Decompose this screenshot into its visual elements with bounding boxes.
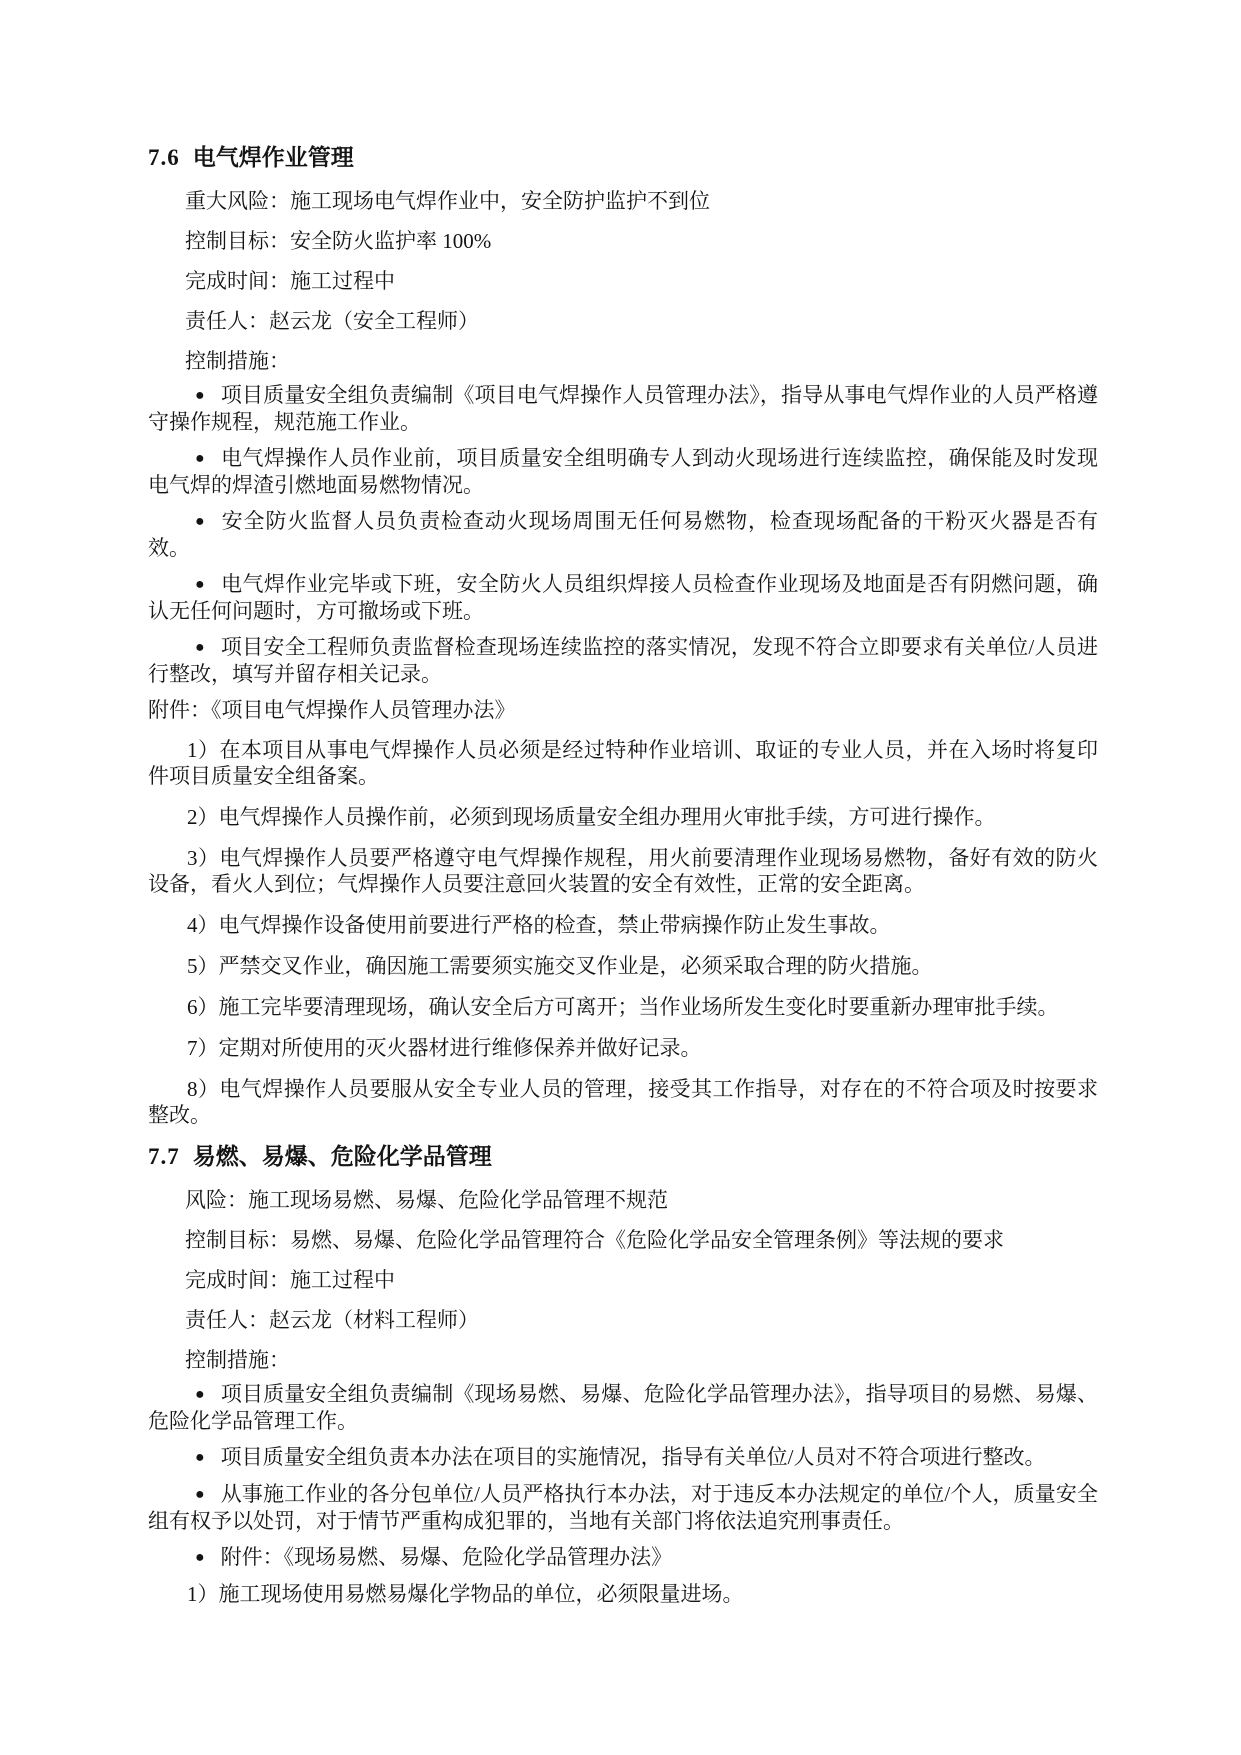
numbered-item: 5）严禁交叉作业，确因施工需要须实施交叉作业是，必须采取合理的防火措施。	[148, 953, 1098, 979]
bullet-item: ●安全防火监督人员负责检查动火现场周围无任何易燃物，检查现场配备的干粉灭火器是否…	[148, 508, 1098, 561]
bullet-item: ●电气焊操作人员作业前，项目质量安全组明确专人到动火现场进行连续监控，确保能及时…	[148, 445, 1098, 498]
meta-line-control-measures: 控制措施：	[148, 1347, 1098, 1373]
section-heading-7-6: 7.6电气焊作业管理	[148, 144, 1098, 172]
bullet-icon: ●	[195, 450, 221, 467]
document-page: 7.6电气焊作业管理 重大风险：施工现场电气焊作业中，安全防护监护不到位 控制目…	[0, 0, 1241, 1755]
numbered-item: 1）在本项目从事电气焊操作人员必须是经过特种作业培训、取证的专业人员，并在入场时…	[148, 737, 1098, 789]
numbered-item: 7）定期对所使用的灭火器材进行维修保养并做好记录。	[148, 1035, 1098, 1061]
bullet-text: 项目质量安全组负责编制《现场易燃、易爆、危险化学品管理办法》，指导项目的易燃、易…	[148, 1382, 1098, 1433]
bullet-text: 安全防火监督人员负责检查动火现场周围无任何易燃物，检查现场配备的干粉灭火器是否有…	[148, 509, 1098, 560]
bullet-item: ●项目质量安全组负责本办法在项目的实施情况，指导有关单位/人员对不符合项进行整改…	[148, 1444, 1098, 1471]
bullet-icon: ●	[195, 513, 222, 530]
bullet-text: 项目安全工程师负责监督检查现场连续监控的落实情况，发现不符合立即要求有关单位/人…	[148, 635, 1098, 686]
bullet-icon: ●	[195, 1386, 221, 1403]
bullet-item: ●电气焊作业完毕或下班，安全防火人员组织焊接人员检查作业现场及地面是否有阴燃问题…	[148, 571, 1098, 624]
meta-line-risk: 风险：施工现场易燃、易爆、危险化学品管理不规范	[148, 1187, 1098, 1213]
section-7-6: 7.6电气焊作业管理 重大风险：施工现场电气焊作业中，安全防护监护不到位 控制目…	[148, 144, 1098, 1128]
meta-line-completion-time: 完成时间：施工过程中	[148, 1267, 1098, 1293]
bullet-icon: ●	[195, 1486, 221, 1503]
meta-line-major-risk: 重大风险：施工现场电气焊作业中，安全防护监护不到位	[148, 188, 1098, 214]
section-title: 电气焊作业管理	[193, 145, 354, 170]
page-content: 7.6电气焊作业管理 重大风险：施工现场电气焊作业中，安全防护监护不到位 控制目…	[148, 144, 1098, 1622]
bullet-text: 电气焊作业完毕或下班，安全防火人员组织焊接人员检查作业现场及地面是否有阴燃问题，…	[148, 572, 1098, 623]
section-number: 7.7	[148, 1144, 180, 1169]
bullet-item: ●项目质量安全组负责编制《现场易燃、易爆、危险化学品管理办法》，指导项目的易燃、…	[148, 1381, 1098, 1434]
bullet-text: 附件：《现场易燃、易爆、危险化学品管理办法》	[221, 1545, 673, 1569]
bullet-text: 项目质量安全组负责编制《项目电气焊操作人员管理办法》，指导从事电气焊作业的人员严…	[148, 383, 1098, 434]
section-7-7: 7.7易燃、易爆、危险化学品管理 风险：施工现场易燃、易爆、危险化学品管理不规范…	[148, 1143, 1098, 1607]
bullet-icon: ●	[195, 387, 221, 404]
bullet-icon: ●	[195, 639, 221, 656]
numbered-item: 1）施工现场使用易燃易爆化学物品的单位，必须限量进场。	[148, 1581, 1098, 1607]
bullet-text: 从事施工作业的各分包单位/人员严格执行本办法，对于违反本办法规定的单位/个人，质…	[148, 1482, 1098, 1533]
numbered-item: 6）施工完毕要清理现场，确认安全后方可离开；当作业场所发生变化时要重新办理审批手…	[148, 994, 1098, 1020]
bullet-item-attachment: ●附件：《现场易燃、易爆、危险化学品管理办法》	[148, 1544, 1098, 1571]
numbered-item: 3）电气焊操作人员要严格遵守电气焊操作规程，用火前要清理作业现场易燃物，备好有效…	[148, 845, 1098, 897]
meta-line-completion-time: 完成时间：施工过程中	[148, 268, 1098, 294]
bullet-text: 电气焊操作人员作业前，项目质量安全组明确专人到动火现场进行连续监控，确保能及时发…	[148, 446, 1098, 497]
meta-line-control-target: 控制目标：易燃、易爆、危险化学品管理符合《危险化学品安全管理条例》等法规的要求	[148, 1227, 1098, 1253]
numbered-item: 2）电气焊操作人员操作前，必须到现场质量安全组办理用火审批手续，方可进行操作。	[148, 804, 1098, 830]
numbered-item: 4）电气焊操作设备使用前要进行严格的检查，禁止带病操作防止发生事故。	[148, 912, 1098, 938]
meta-line-control-measures: 控制措施：	[148, 348, 1098, 374]
bullet-text: 项目质量安全组负责本办法在项目的实施情况，指导有关单位/人员对不符合项进行整改。	[221, 1445, 1046, 1469]
bullet-item: ●从事施工作业的各分包单位/人员严格执行本办法，对于违反本办法规定的单位/个人，…	[148, 1481, 1098, 1534]
bullet-item: ●项目质量安全组负责编制《项目电气焊操作人员管理办法》，指导从事电气焊作业的人员…	[148, 382, 1098, 435]
meta-line-control-target: 控制目标：安全防火监护率 100%	[148, 228, 1098, 254]
bullet-item: ●项目安全工程师负责监督检查现场连续监控的落实情况，发现不符合立即要求有关单位/…	[148, 634, 1098, 687]
meta-line-responsible-person: 责任人：赵云龙（材料工程师）	[148, 1307, 1098, 1333]
bullet-icon: ●	[195, 1549, 221, 1566]
section-heading-7-7: 7.7易燃、易爆、危险化学品管理	[148, 1143, 1098, 1171]
section-title: 易燃、易爆、危险化学品管理	[193, 1144, 492, 1169]
attachment-line: 附件：《项目电气焊操作人员管理办法》	[148, 697, 1098, 723]
bullet-icon: ●	[195, 576, 221, 593]
numbered-item: 8）电气焊操作人员要服从安全专业人员的管理，接受其工作指导，对存在的不符合项及时…	[148, 1076, 1098, 1128]
bullet-icon: ●	[195, 1449, 221, 1466]
meta-line-responsible-person: 责任人：赵云龙（安全工程师）	[148, 308, 1098, 334]
section-number: 7.6	[148, 145, 180, 170]
